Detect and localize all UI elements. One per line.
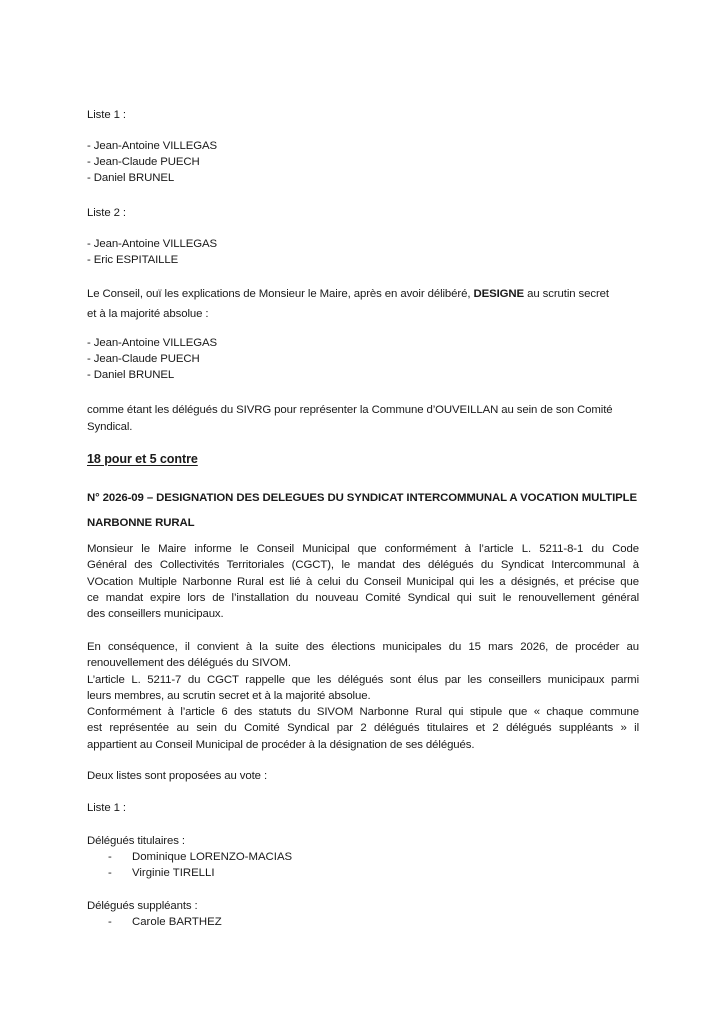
deliberation-title-line-2: NARBONNE RURAL [87, 510, 194, 536]
titulaires-label: Délégués titulaires : [87, 833, 185, 849]
conclusion-line-2: Syndical. [87, 419, 132, 435]
paragraph-line: des conseillers municipaux. [87, 606, 639, 622]
list-item: - Jean-Claude PUECH [87, 154, 200, 170]
paragraph-line: Monsieur le Maire informe le Conseil Mun… [87, 541, 639, 557]
list2-label: Liste 2 : [87, 205, 126, 221]
paragraph-line: L’article L. 5211-7 du CGCT rappelle que… [87, 672, 639, 688]
elected-item: - Jean-Claude PUECH [87, 351, 200, 367]
paragraph-line: Général des Collectivités Territoriales … [87, 557, 639, 573]
list1-label: Liste 1 : [87, 800, 126, 816]
paragraph-line: ce mandat expire lors de l’installation … [87, 590, 639, 606]
titulaire-item: Dominique LORENZO-MACIAS [132, 849, 292, 865]
lists-intro: Deux listes sont proposées au vote : [87, 768, 267, 784]
paragraph-mandate: Monsieur le Maire informe le Conseil Mun… [87, 541, 639, 622]
paragraph-line: leurs membres, au scrutin secret et à la… [87, 688, 639, 704]
conclusion-line-1: comme étant les délégués du SIVRG pour r… [87, 402, 613, 418]
paragraph-consequence: En conséquence, il convient à la suite d… [87, 639, 639, 753]
list-item: - Eric ESPITAILLE [87, 252, 178, 268]
elected-item: - Jean-Antoine VILLEGAS [87, 335, 217, 351]
list-item: - Daniel BRUNEL [87, 170, 174, 186]
decision-text-pre: Le Conseil, ouï les explications de Mons… [87, 288, 473, 300]
deliberation-title-line-1: N° 2026-09 – DESIGNATION DES DELEGUES DU… [87, 485, 637, 511]
suppleants-label: Délégués suppléants : [87, 898, 198, 914]
decision-line-2: et à la majorité absolue : [87, 306, 209, 322]
paragraph-line: est représentée au sein du Comité Syndic… [87, 720, 639, 736]
paragraph-line: appartient au Conseil Municipal de procé… [87, 737, 639, 753]
titulaire-item: Virginie TIRELLI [132, 865, 215, 881]
bullet-dash: - [108, 914, 112, 930]
bullet-dash: - [108, 849, 112, 865]
paragraph-line: VOcation Multiple Narbonne Rural est lié… [87, 574, 639, 590]
designe-keyword: DESIGNE [473, 288, 524, 300]
bullet-dash: - [108, 865, 112, 881]
decision-line-1: Le Conseil, ouï les explications de Mons… [87, 286, 609, 302]
list1-label: Liste 1 : [87, 107, 126, 123]
list-item: - Jean-Antoine VILLEGAS [87, 236, 217, 252]
paragraph-line: renouvellement des délégués du SIVOM. [87, 655, 639, 671]
paragraph-line: En conséquence, il convient à la suite d… [87, 639, 639, 655]
suppleant-item: Carole BARTHEZ [132, 914, 222, 930]
decision-text-post: au scrutin secret [524, 288, 609, 300]
list-item: - Jean-Antoine VILLEGAS [87, 138, 217, 154]
elected-item: - Daniel BRUNEL [87, 367, 174, 383]
vote-result: 18 pour et 5 contre [87, 451, 198, 467]
document-page: Liste 1 : - Jean-Antoine VILLEGAS - Jean… [0, 0, 724, 1024]
paragraph-line: Conformément à l’article 6 des statuts d… [87, 704, 639, 720]
